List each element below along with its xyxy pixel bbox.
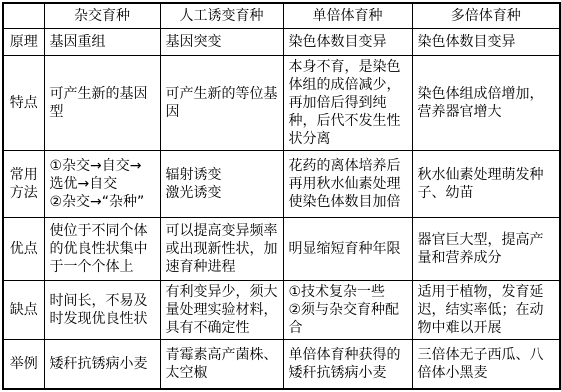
column-header-hybridization: 杂交育种 — [44, 3, 160, 28]
table-cell: 使位于不同个体的优良性状集中于一个个体上 — [44, 217, 160, 280]
table-cell: 可产生新的等位基因 — [160, 55, 283, 150]
row-label: 常用方法 — [3, 150, 44, 217]
row-label: 举例 — [3, 339, 44, 389]
table-cell: 可以提高变异频率或出现新性状，加速育种进程 — [160, 217, 283, 280]
table-row-examples: 举例 矮秆抗锈病小麦 青霉素高产菌株、太空椒 单倍体育种获得的矮秆抗锈病小麦 三… — [3, 339, 560, 389]
table-cell: 矮秆抗锈病小麦 — [44, 339, 160, 389]
table-cell: 秋水仙素处理萌发种子、幼苗 — [412, 150, 560, 217]
header-row: 杂交育种 人工诱变育种 单倍体育种 多倍体育种 — [3, 3, 560, 28]
table-cell: 辐射诱变 激光诱变 — [160, 150, 283, 217]
table-cell: 本身不育，是染色体组的成倍减少，再加倍后得到纯种，后代不发生性状分离 — [283, 55, 412, 150]
table-cell: 基因重组 — [44, 28, 160, 55]
column-header-haploid: 单倍体育种 — [283, 3, 412, 28]
table-cell: 染色体数目变异 — [283, 28, 412, 55]
table-row-principle: 原理 基因重组 基因突变 染色体数目变异 染色体数目变异 — [3, 28, 560, 55]
table-cell: 有利变异少，须大量处理实验材料，具有不确定性 — [160, 280, 283, 339]
table-row-advantages: 优点 使位于不同个体的优良性状集中于一个个体上 可以提高变异频率或出现新性状，加… — [3, 217, 560, 280]
breeding-comparison-table: 杂交育种 人工诱变育种 单倍体育种 多倍体育种 原理 基因重组 基因突变 染色体… — [2, 2, 561, 390]
table-cell: ①杂交→自交→选优→自交 ②杂交→“杂种” — [44, 150, 160, 217]
table-row-features: 特点 可产生新的基因型 可产生新的等位基因 本身不育，是染色体组的成倍减少，再加… — [3, 55, 560, 150]
table-cell: ①技术复杂一些 ②须与杂交育种配合 — [283, 280, 412, 339]
table-cell: 青霉素高产菌株、太空椒 — [160, 339, 283, 389]
column-header-mutation: 人工诱变育种 — [160, 3, 283, 28]
row-label: 优点 — [3, 217, 44, 280]
table-cell: 器官巨大型，提高产量和营养成分 — [412, 217, 560, 280]
row-label: 特点 — [3, 55, 44, 150]
table-cell: 染色体数目变异 — [412, 28, 560, 55]
table-cell: 可产生新的基因型 — [44, 55, 160, 150]
table-row-disadvantages: 缺点 时间长，不易及时发现优良性状 有利变异少，须大量处理实验材料，具有不确定性… — [3, 280, 560, 339]
table-cell: 明显缩短育种年限 — [283, 217, 412, 280]
breeding-table-container: 杂交育种 人工诱变育种 单倍体育种 多倍体育种 原理 基因重组 基因突变 染色体… — [0, 0, 561, 392]
table-cell: 染色体组成倍增加，营养器官增大 — [412, 55, 560, 150]
column-header-polyploid: 多倍体育种 — [412, 3, 560, 28]
table-cell: 花药的离体培养后再用秋水仙素处理使染色体数目加倍 — [283, 150, 412, 217]
table-cell: 时间长，不易及时发现优良性状 — [44, 280, 160, 339]
table-cell: 适用于植物，发育延迟，结实率低；在动物中难以开展 — [412, 280, 560, 339]
corner-cell — [3, 3, 44, 28]
row-label: 缺点 — [3, 280, 44, 339]
table-cell: 基因突变 — [160, 28, 283, 55]
row-label: 原理 — [3, 28, 44, 55]
table-row-methods: 常用方法 ①杂交→自交→选优→自交 ②杂交→“杂种” 辐射诱变 激光诱变 花药的… — [3, 150, 560, 217]
table-cell: 三倍体无子西瓜、八倍体小黑麦 — [412, 339, 560, 389]
table-cell: 单倍体育种获得的矮秆抗锈病小麦 — [283, 339, 412, 389]
